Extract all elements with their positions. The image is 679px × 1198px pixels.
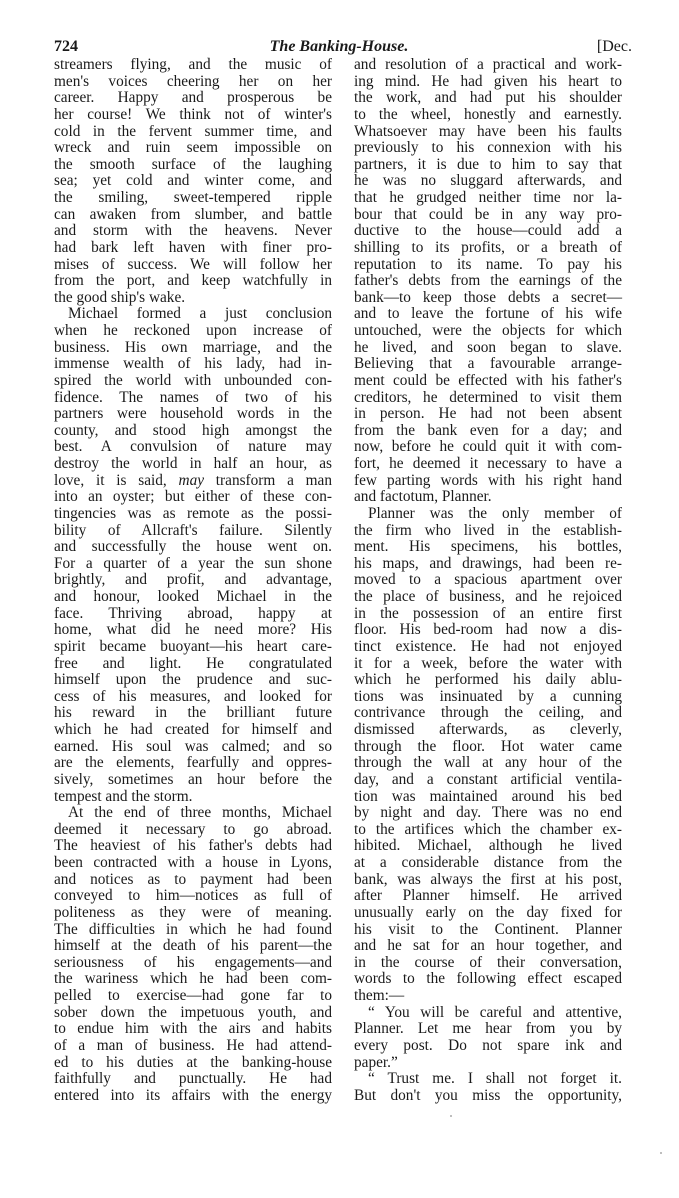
text-line: ed to his duties at the banking-house	[54, 1055, 332, 1072]
text-line: now, before he could quit it with com-	[354, 439, 622, 456]
text-line: tion was maintained around his bed	[354, 789, 622, 806]
text-line: untouched, were the objects for which	[354, 323, 622, 340]
text-line: At the end of three months, Michael	[54, 805, 332, 822]
text-line: every post. Do not spare ink and	[354, 1038, 622, 1055]
text-line: But don't you miss the opportunity,	[354, 1088, 622, 1105]
text-line: partners were household words in the	[54, 406, 332, 423]
text-line: day, and a constant artificial ventila-	[354, 772, 622, 789]
text-line: ing mind. He had given his heart to	[354, 74, 622, 91]
text-line: to endue him with the airs and habits	[54, 1021, 332, 1038]
paper-speck	[450, 1115, 452, 1117]
text-line: and successfully the house went on.	[54, 539, 332, 556]
text-line: earned. His soul was calmed; and so	[54, 739, 332, 756]
text-line: destroy the world in half an hour, as	[54, 456, 332, 473]
text-line: hibited. Michael, although he lived	[354, 838, 622, 855]
text-line: unusually early on the day fixed for	[354, 905, 622, 922]
text-line: the firm who lived in the establish-	[354, 523, 622, 540]
text-line: of a man of business. He had attend-	[54, 1038, 332, 1055]
text-line: and he sat for an hour together, and	[354, 938, 622, 955]
text-line: his maps, and drawings, had been re-	[354, 556, 622, 573]
text-line: fidence. The names of two of his	[54, 390, 332, 407]
text-line: “ Trust me. I shall not forget it.	[354, 1071, 622, 1088]
text-line: Believing that a favourable arrange-	[354, 356, 622, 373]
text-line: partners, it is due to him to say that	[354, 157, 622, 174]
text-line: county, and stood high amongst the	[54, 423, 332, 440]
text-line: in person. He had not been absent	[354, 406, 622, 423]
text-line: bank—to keep those debts a secret—	[354, 290, 622, 307]
text-line: the good ship's wake.	[54, 290, 332, 307]
text-line: it for a week, before the water with	[354, 656, 622, 673]
text-line: floor. His bed-room had now a dis-	[354, 622, 622, 639]
text-line: father's debts from the earnings of the	[354, 273, 622, 290]
text-line: and honour, looked Michael in the	[54, 589, 332, 606]
text-line: For a quarter of a year the sun shone	[54, 556, 332, 573]
text-line: her course! We think not of winter's	[54, 107, 332, 124]
text-line: ductive to the house—could add a	[354, 223, 622, 240]
text-line: men's voices cheering her on her	[54, 74, 332, 91]
text-line: are the elements, fearfully and oppres-	[54, 755, 332, 772]
text-line: words to the following effect escaped	[354, 971, 622, 988]
paper-speck	[660, 1152, 662, 1154]
text-line: bour that could be in any way pro-	[354, 207, 622, 224]
text-line: and notices as to payment had been	[54, 872, 332, 889]
text-line: dismissed afterwards, as cleverly,	[354, 722, 622, 739]
text-line: free and light. He congratulated	[54, 656, 332, 673]
text-line: spired the world with unbounded con-	[54, 373, 332, 390]
text-line: shilling to its profits, or a breath of	[354, 240, 622, 257]
text-line: tions was insinuated by a cunning	[354, 689, 622, 706]
text-line: by night and day. There was no end	[354, 805, 622, 822]
text-line: deemed it necessary to go abroad.	[54, 822, 332, 839]
text-line: spirit became buoyant—his heart care-	[54, 639, 332, 656]
text-line: sober down the impetuous youth, and	[54, 1005, 332, 1022]
text-line: entered into its affairs with the energy	[54, 1088, 332, 1105]
text-line: best. A convulsion of nature may	[54, 439, 332, 456]
text-line: himself upon the prudence and suc-	[54, 672, 332, 689]
text-line: ment could be effected with his father's	[354, 373, 622, 390]
text-line: when he reckoned upon increase of	[54, 323, 332, 340]
text-line: can awaken from slumber, and battle	[54, 207, 332, 224]
text-line: and resolution of a practical and work-	[354, 57, 622, 74]
text-line: bank, was always the first at his post,	[354, 872, 622, 889]
text-line: paper.”	[354, 1055, 622, 1072]
text-line: which he performed his daily ablu-	[354, 672, 622, 689]
text-line: the smooth surface of the laughing	[54, 157, 332, 174]
text-line: Planner. Let me hear from you by	[354, 1021, 622, 1038]
book-page: 724 The Banking-House. [Dec. streamers f…	[0, 0, 679, 1198]
text-line: the work, and had put his shoulder	[354, 90, 622, 107]
text-line: himself at the death of his parent—the	[54, 938, 332, 955]
text-line: tempest and the storm.	[54, 789, 332, 806]
running-title-wrap: The Banking-House.	[54, 38, 632, 56]
text-line: contrivance through the ceiling, and	[354, 705, 622, 722]
text-line: politeness as they were of meaning.	[54, 905, 332, 922]
text-line: from the port, and keep watchfully in	[54, 273, 332, 290]
text-line: ment. His specimens, his bottles,	[354, 539, 622, 556]
text-line: moved to a spacious apartment over	[354, 572, 622, 589]
month-marker: [Dec.	[597, 38, 632, 56]
text-line: business. His own marriage, and the	[54, 340, 332, 357]
right-column: and resolution of a practical and work-i…	[354, 57, 622, 1104]
text-line: few parting words with his right hand	[354, 473, 622, 490]
text-line: bility of Allcraft's failure. Silently	[54, 523, 332, 540]
text-line: reputation to its name. To pay his	[354, 257, 622, 274]
text-line: creditors, he determined to visit them	[354, 390, 622, 407]
text-line: faithfully and punctually. He had	[54, 1071, 332, 1088]
text-line: the smiling, sweet-tempered ripple	[54, 190, 332, 207]
text-line: and to leave the fortune of his wife	[354, 306, 622, 323]
text-line: career. Happy and prosperous be	[54, 90, 332, 107]
text-line: streamers flying, and the music of	[54, 57, 332, 74]
text-line: had bark left haven with finer pro-	[54, 240, 332, 257]
text-line: Michael formed a just conclusion	[54, 306, 332, 323]
text-line: tinct existence. He had not enjoyed	[354, 639, 622, 656]
text-line: at a considerable distance from the	[354, 855, 622, 872]
text-line: Whatsoever may have been his faults	[354, 124, 622, 141]
running-title: The Banking-House.	[270, 38, 409, 55]
text-line: in the possession of an entire first	[354, 606, 622, 623]
text-line: pelled to exercise—had gone far to	[54, 988, 332, 1005]
text-line: love, it is said, may transform a man	[54, 473, 332, 490]
text-line: Planner was the only member of	[354, 506, 622, 523]
text-line: through the wall at any hour of the	[354, 755, 622, 772]
text-line: “ You will be careful and attentive,	[354, 1005, 622, 1022]
text-line: sively, sometimes an hour before the	[54, 772, 332, 789]
text-line: The heaviest of his father's debts had	[54, 838, 332, 855]
text-line: after Planner himself. He arrived	[354, 888, 622, 905]
text-line: his visit to the Continent. Planner	[354, 922, 622, 939]
text-line: to the artifices which the chamber ex-	[354, 822, 622, 839]
text-line: the wariness which he had been com-	[54, 971, 332, 988]
text-line: home, what did he need more? His	[54, 622, 332, 639]
text-line: cold in the fervent summer time, and	[54, 124, 332, 141]
text-line: his reward in the brilliant future	[54, 705, 332, 722]
text-line: wreck and ruin seem impossible on	[54, 140, 332, 157]
text-line: which he had created for himself and	[54, 722, 332, 739]
text-line: tingencies was as remote as the possi-	[54, 506, 332, 523]
text-line: The difficulties in which he had found	[54, 922, 332, 939]
text-line: to the wheel, honestly and earnestly.	[354, 107, 622, 124]
text-line: seriousness of his engagements—and	[54, 955, 332, 972]
text-line: fort, he deemed it necessary to have a	[354, 456, 622, 473]
running-header: 724 The Banking-House. [Dec.	[54, 38, 632, 56]
text-line: and storm with the heavens. Never	[54, 223, 332, 240]
text-line: the place of business, and he rejoiced	[354, 589, 622, 606]
text-line: cess of his measures, and looked for	[54, 689, 332, 706]
text-line: previously to his connexion with his	[354, 140, 622, 157]
text-line: and factotum, Planner.	[354, 489, 622, 506]
text-line: through the floor. Hot water came	[354, 739, 622, 756]
text-line: that he grudged neither time nor la-	[354, 190, 622, 207]
text-line: in the course of their conversation,	[354, 955, 622, 972]
left-column: streamers flying, and the music ofmen's …	[54, 57, 332, 1104]
text-line: from the bank even for a day; and	[354, 423, 622, 440]
text-line: he lived, and soon began to slave.	[354, 340, 622, 357]
text-line: them:—	[354, 988, 622, 1005]
text-line: brightly, and profit, and advantage,	[54, 572, 332, 589]
text-line: sea; yet cold and winter come, and	[54, 173, 332, 190]
text-line: mises of success. We will follow her	[54, 257, 332, 274]
text-line: face. Thriving abroad, happy at	[54, 606, 332, 623]
text-line: immense wealth of his lady, had in-	[54, 356, 332, 373]
text-line: he was no sluggard afterwards, and	[354, 173, 622, 190]
text-line: into an oyster; but either of these con-	[54, 489, 332, 506]
text-line: been contracted with a house in Lyons,	[54, 855, 332, 872]
text-line: conveyed to him—notices as full of	[54, 888, 332, 905]
